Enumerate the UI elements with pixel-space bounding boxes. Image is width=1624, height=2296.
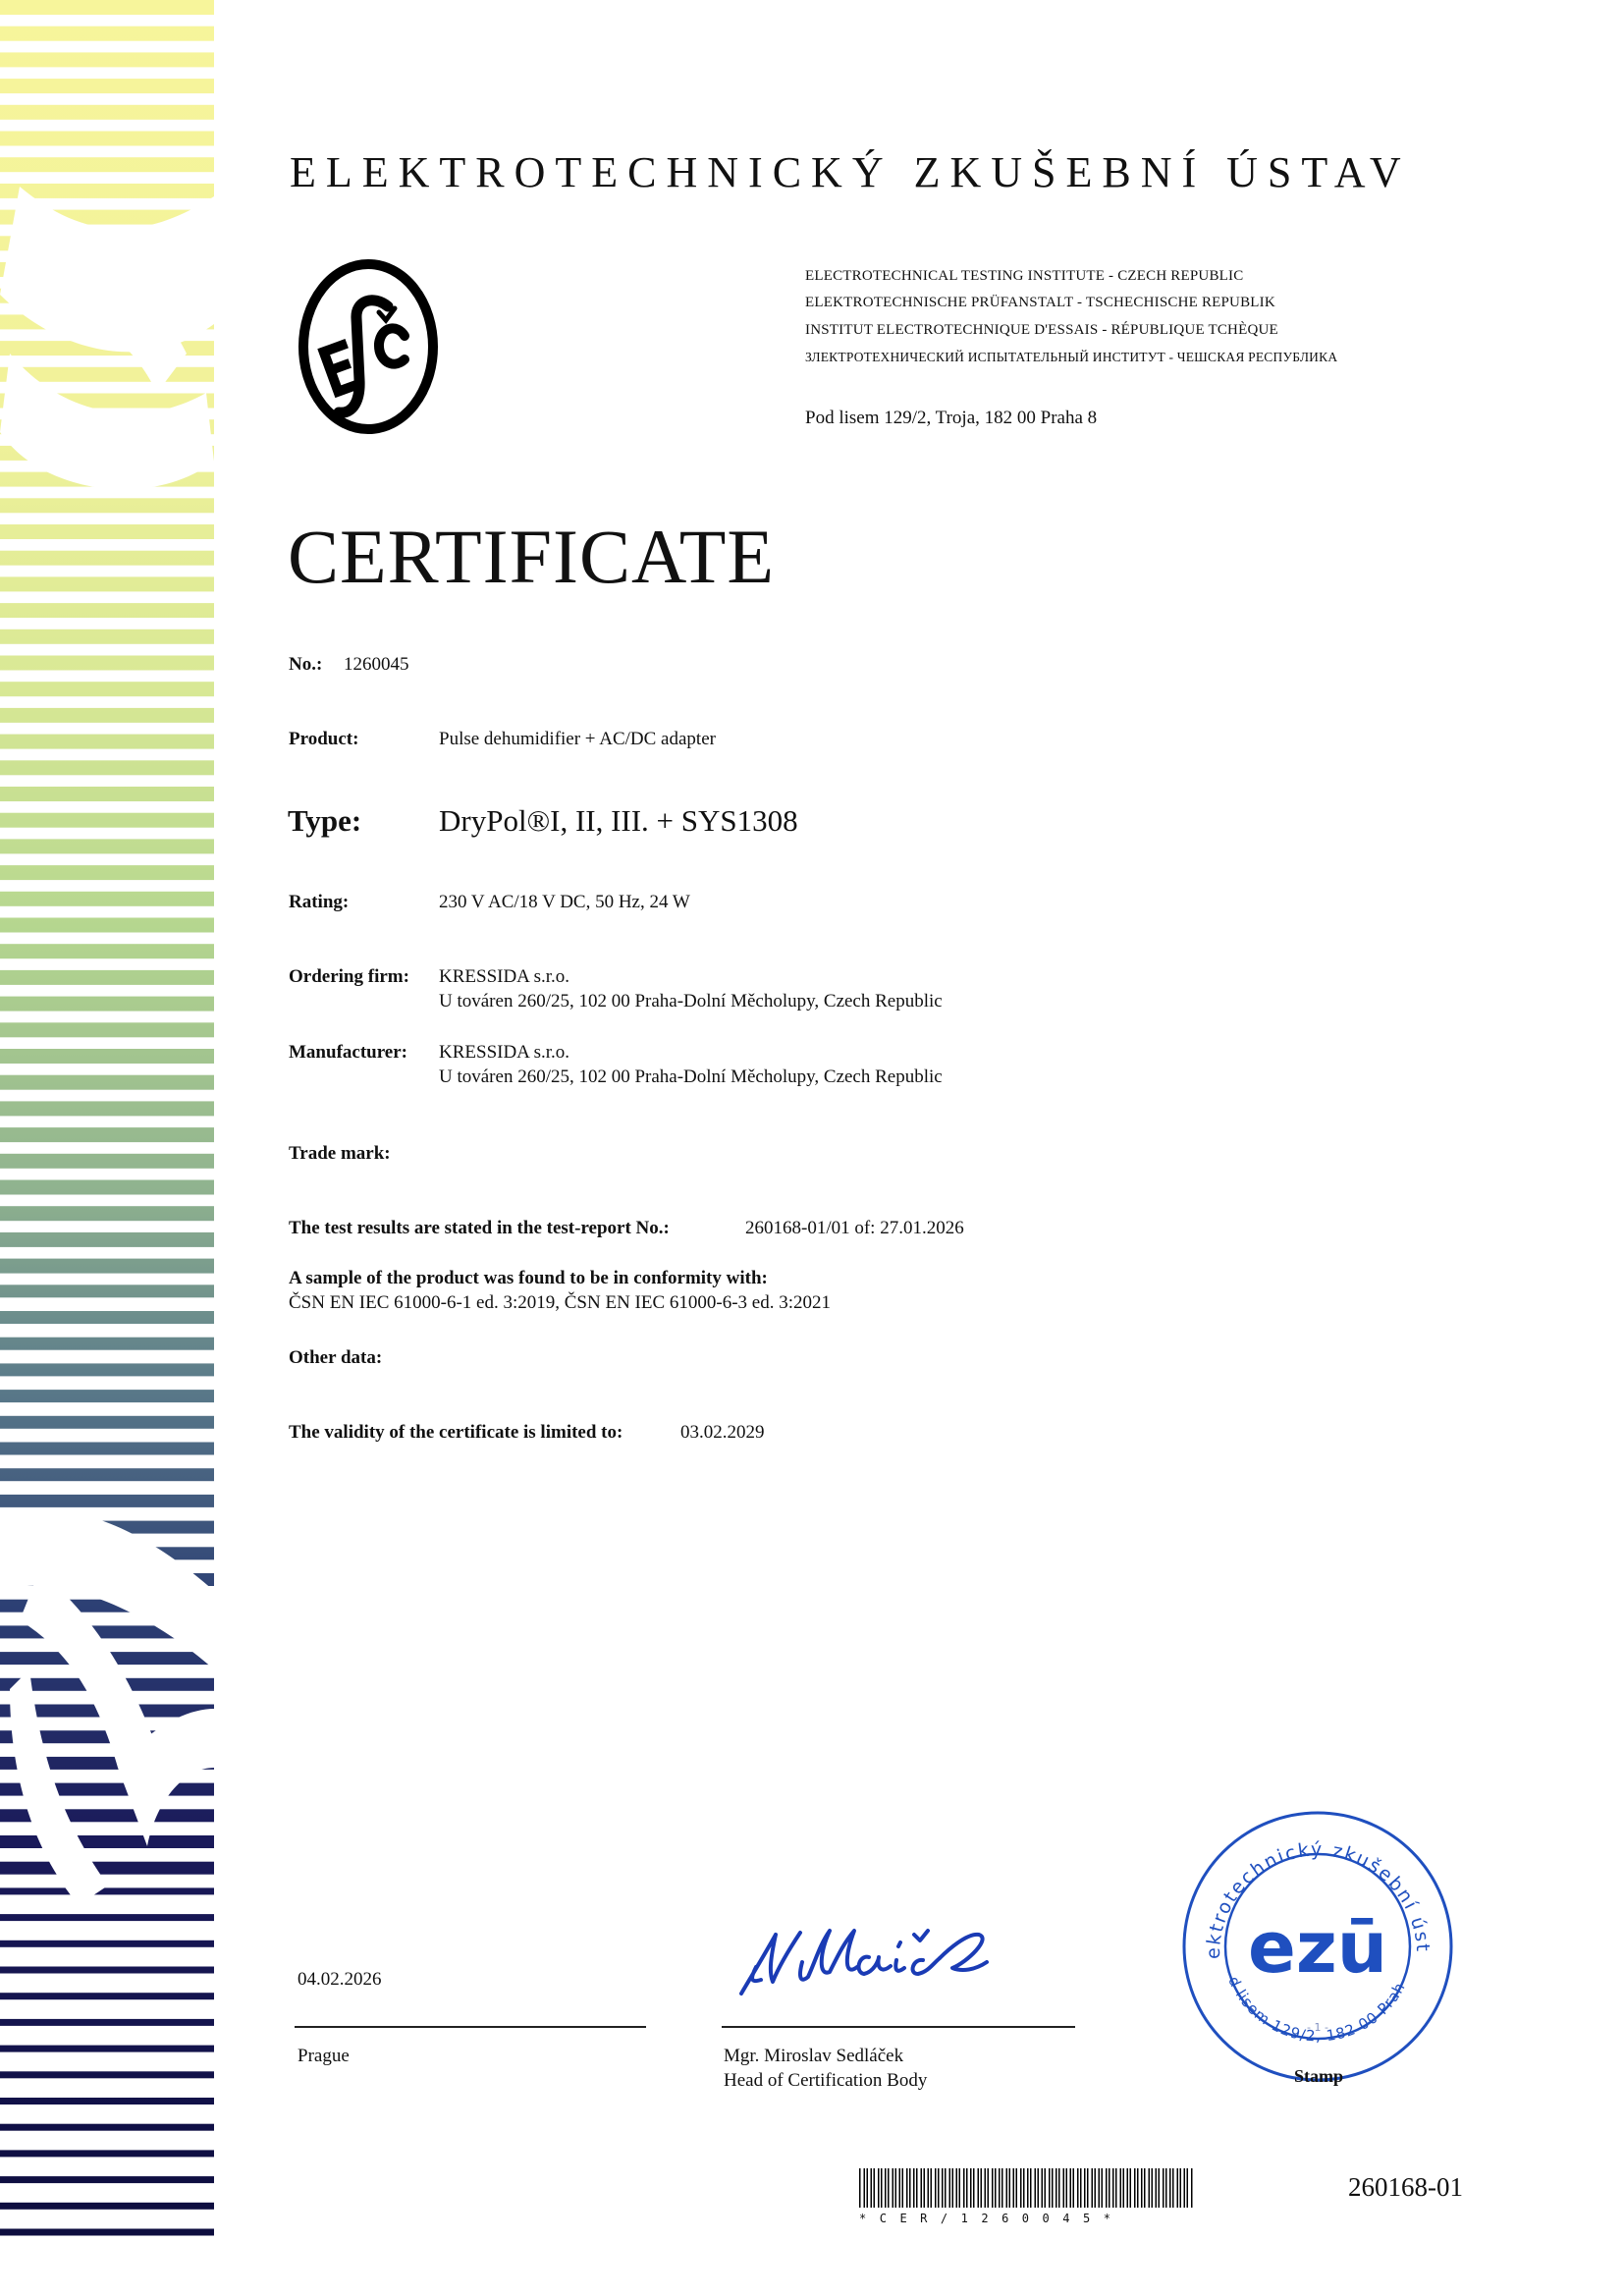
svg-text:ezū: ezū	[1248, 1906, 1387, 1989]
institute-name-german: ELEKTROTECHNISCHE PRÜFANSTALT - TSCHECHI…	[805, 295, 1275, 311]
svg-text:- 1 -: - 1 -	[1307, 2021, 1328, 2034]
manufacturer-label: Manufacturer:	[289, 1042, 407, 1064]
product-label: Product:	[289, 729, 358, 750]
report-reference: 260168-01	[1348, 2172, 1463, 2203]
conformity-standards: ČSN EN IEC 61000-6-1 ed. 3:2019, ČSN EN …	[289, 1292, 831, 1314]
number-label: No.:	[289, 654, 322, 676]
manufacturer-address: U továren 260/25, 102 00 Praha-Dolní Měc…	[439, 1066, 943, 1088]
institute-name-french: INSTITUT ELECTROTECHNIQUE D'ESSAIS - RÉP…	[805, 322, 1278, 339]
test-report-label: The test results are stated in the test-…	[289, 1218, 670, 1239]
other-data-label: Other data:	[289, 1347, 382, 1369]
barcode-text: *CER/1260045*	[859, 2212, 1193, 2225]
issue-date: 04.02.2026	[298, 1969, 382, 1991]
issue-place: Prague	[298, 2046, 350, 2067]
ordering-firm-address: U továren 260/25, 102 00 Praha-Dolní Měc…	[439, 991, 943, 1012]
certificate-number: 1260045	[344, 654, 409, 676]
validity-date: 03.02.2029	[680, 1422, 765, 1444]
institute-name-russian: ЗЛЕКТРОТЕХНИЧЕСКИЙ ИСПЫТАТЕЛЬНЫЙ ИНСТИТУ…	[805, 350, 1337, 365]
ordering-firm-label: Ordering firm:	[289, 966, 409, 988]
decorative-striped-band	[0, 0, 214, 2296]
validity-label: The validity of the certificate is limit…	[289, 1422, 623, 1444]
certificate-title: CERTIFICATE	[288, 513, 775, 601]
type-label: Type:	[288, 803, 361, 839]
manufacturer-name: KRESSIDA s.r.o.	[439, 1042, 569, 1064]
ezu-oval-logo-icon	[295, 257, 442, 436]
test-report-value: 260168-01/01 of: 27.01.2026	[745, 1218, 964, 1239]
institute-address: Pod lisem 129/2, Troja, 182 00 Praha 8	[805, 408, 1097, 429]
rating-value: 230 V AC/18 V DC, 50 Hz, 24 W	[439, 892, 690, 913]
institute-name: ELEKTROTECHNICKÝ ZKUŠEBNÍ ÚSTAV	[290, 147, 1411, 197]
date-line	[295, 2026, 646, 2028]
ezu-stamp-icon: elektrotechnický zkušební ústav Pod lise…	[1178, 1807, 1458, 2087]
type-value: DryPol®I, II, III. + SYS1308	[439, 803, 798, 839]
ordering-firm-name: KRESSIDA s.r.o.	[439, 966, 569, 988]
barcode	[859, 2168, 1193, 2208]
signature-icon	[722, 1923, 1006, 2001]
signatory-title: Head of Certification Body	[724, 2070, 927, 2092]
trade-mark-label: Trade mark:	[289, 1143, 391, 1165]
signatory-name: Mgr. Miroslav Sedláček	[724, 2046, 903, 2067]
signature-line	[722, 2026, 1075, 2028]
institute-name-english: ELECTROTECHNICAL TESTING INSTITUTE - CZE…	[805, 268, 1243, 285]
stamp-label: Stamp	[1294, 2066, 1343, 2087]
conformity-label: A sample of the product was found to be …	[289, 1268, 768, 1289]
product-value: Pulse dehumidifier + AC/DC adapter	[439, 729, 716, 750]
rating-label: Rating:	[289, 892, 349, 913]
